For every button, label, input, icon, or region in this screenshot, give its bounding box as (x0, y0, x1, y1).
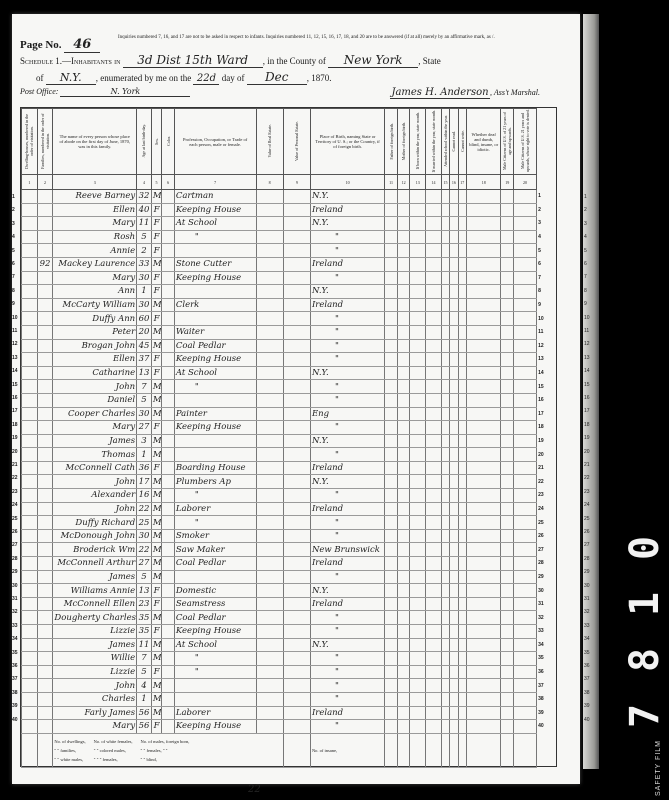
adjacent-line-number: 4 (584, 234, 587, 240)
cell-father-foreign (385, 393, 398, 407)
summary-label: No. of dwellings, (54, 737, 85, 746)
row-number: 10 (537, 312, 556, 326)
col-header-school: Attended school within the year. (441, 109, 449, 175)
cell-age: 5 (137, 393, 152, 407)
summary-label: " " white males, (54, 755, 85, 764)
cell-family (37, 543, 53, 557)
table-row: Reeve Barney32MCartmanN.Y.1 (22, 190, 556, 204)
cell-sex: F (151, 625, 161, 639)
cell-father-foreign (385, 257, 398, 271)
adjacent-line-number: 12 (584, 341, 590, 347)
left-line-number: 39 (12, 703, 18, 709)
cell-sex: M (151, 516, 161, 530)
table-body: Reeve Barney32MCartmanN.Y.1Ellen40FKeepi… (22, 190, 556, 734)
cell-born-in-year (410, 298, 426, 312)
cell-color (162, 203, 175, 217)
cell-sex: M (151, 652, 161, 666)
cell-family (37, 461, 53, 475)
cell-name: Ann (53, 285, 137, 299)
cell-dwelling (22, 625, 38, 639)
left-line-number: 20 (12, 449, 18, 455)
cell-cannot-read (450, 407, 458, 421)
cell-name: James (53, 638, 137, 652)
summary-label: " " families, (54, 746, 85, 755)
cell-school (441, 217, 449, 231)
cell-infirmity (466, 557, 501, 571)
cell-color (162, 502, 175, 516)
cell-birthplace: " (310, 393, 384, 407)
cell-age: 22 (137, 543, 152, 557)
cell-birthplace: " (310, 353, 384, 367)
cell-occupation: Keeping House (174, 353, 256, 367)
cell-vote-denied (514, 244, 537, 258)
cell-color (162, 407, 175, 421)
cell-cannot-write (458, 516, 466, 530)
cell-occupation: Coal Pedlar (174, 611, 256, 625)
cell-birthplace: N.Y. (310, 475, 384, 489)
cell-born-in-year (410, 366, 426, 380)
cell-citizens (501, 461, 514, 475)
col-header-birthplace: Place of Birth, naming State or Territor… (310, 109, 384, 175)
cell-color (162, 434, 175, 448)
cell-sex: F (151, 366, 161, 380)
cell-born-in-year (410, 720, 426, 734)
cell-family (37, 570, 53, 584)
cell-age: 40 (137, 203, 152, 217)
cell-real-estate (256, 434, 283, 448)
instructions-note: Inquiries numbered 7, 16, and 17 are not… (118, 35, 558, 41)
cell-born-in-year (410, 203, 426, 217)
cell-born-in-year (410, 611, 426, 625)
cell-cannot-read (450, 380, 458, 394)
left-line-number: 17 (12, 408, 18, 414)
cell-cannot-read (450, 298, 458, 312)
cell-age: 11 (137, 638, 152, 652)
cell-cannot-write (458, 230, 466, 244)
cell-color (162, 448, 175, 462)
cell-real-estate (256, 584, 283, 598)
left-line-number: 26 (12, 529, 18, 535)
cell-real-estate (256, 421, 283, 435)
row-number: 23 (537, 489, 556, 503)
table-row: Peter20MWaiter"11 (22, 325, 556, 339)
table-summary: No. of dwellings, " " families, " " whit… (22, 733, 556, 767)
adjacent-line-number: 36 (584, 663, 590, 669)
cell-dwelling (22, 543, 38, 557)
row-number: 34 (537, 638, 556, 652)
col-number: 17 (458, 175, 466, 190)
cell-dwelling (22, 570, 38, 584)
cell-born-in-year (410, 190, 426, 204)
cell-personal-estate (283, 665, 310, 679)
cell-age: 13 (137, 584, 152, 598)
cell-vote-denied (514, 625, 537, 639)
cell-cannot-write (458, 353, 466, 367)
cell-school (441, 665, 449, 679)
cell-birthplace: Ireland (310, 597, 384, 611)
cell-occupation: Domestic (174, 584, 256, 598)
left-line-number: 40 (12, 717, 18, 723)
cell-sex: F (151, 665, 161, 679)
cell-sex: M (151, 393, 161, 407)
cell-sex: M (151, 339, 161, 353)
cell-father-foreign (385, 339, 398, 353)
cell-mother-foreign (397, 557, 410, 571)
row-number: 4 (537, 230, 556, 244)
cell-color (162, 706, 175, 720)
cell-dwelling (22, 638, 38, 652)
census-table: Dwelling-houses, numbered in the order o… (21, 108, 556, 768)
cell-born-in-year (410, 325, 426, 339)
cell-born-in-year (410, 257, 426, 271)
cell-school (441, 584, 449, 598)
row-number: 16 (537, 393, 556, 407)
cell-citizens (501, 366, 514, 380)
cell-infirmity (466, 584, 501, 598)
cell-personal-estate (283, 325, 310, 339)
table-row: Duffy Richard25M""25 (22, 516, 556, 530)
cell-real-estate (256, 557, 283, 571)
cell-birthplace: " (310, 570, 384, 584)
col-number: 12 (397, 175, 410, 190)
cell-dwelling (22, 557, 38, 571)
row-number: 25 (537, 516, 556, 530)
cell-birthplace: " (310, 489, 384, 503)
cell-dwelling (22, 257, 38, 271)
cell-cannot-read (450, 217, 458, 231)
cell-family (37, 407, 53, 421)
film-digit: 0 (617, 525, 669, 571)
row-number: 11 (537, 325, 556, 339)
cell-occupation: " (174, 489, 256, 503)
col-header-citizens: Male Citizens of U.S. of 21 years of age… (501, 109, 514, 175)
cell-real-estate (256, 706, 283, 720)
post-office-line: Post Office: N. York (20, 87, 190, 97)
cell-real-estate (256, 638, 283, 652)
cell-cannot-read (450, 706, 458, 720)
col-number: 7 (174, 175, 256, 190)
cell-real-estate (256, 393, 283, 407)
cell-name: Lizzie (53, 625, 137, 639)
left-line-number: 34 (12, 636, 18, 642)
cell-school (441, 325, 449, 339)
cell-vote-denied (514, 217, 537, 231)
cell-sex: M (151, 298, 161, 312)
cell-sex: F (151, 461, 161, 475)
cell-sex: M (151, 434, 161, 448)
table-row: Daniel5M"16 (22, 393, 556, 407)
cell-cannot-write (458, 271, 466, 285)
cell-family (37, 353, 53, 367)
cell-infirmity (466, 720, 501, 734)
cell-color (162, 366, 175, 380)
cell-name: Duffy Ann (53, 312, 137, 326)
cell-age: 37 (137, 353, 152, 367)
cell-dwelling (22, 421, 38, 435)
cell-personal-estate (283, 625, 310, 639)
cell-citizens (501, 353, 514, 367)
cell-married-in-year (426, 461, 442, 475)
cell-cannot-read (450, 461, 458, 475)
cell-born-in-year (410, 421, 426, 435)
cell-born-in-year (410, 529, 426, 543)
cell-vote-denied (514, 312, 537, 326)
table-row: Williams Annie13FDomesticN.Y.30 (22, 584, 556, 598)
table-row: Farly James56MLaborerIreland39 (22, 706, 556, 720)
cell-age: 30 (137, 298, 152, 312)
cell-occupation: " (174, 516, 256, 530)
cell-citizens (501, 407, 514, 421)
col-number: 14 (426, 175, 442, 190)
cell-married-in-year (426, 584, 442, 598)
film-digit: 1 (617, 581, 669, 627)
cell-color (162, 516, 175, 530)
cell-dwelling (22, 489, 38, 503)
row-number: 32 (537, 611, 556, 625)
cell-real-estate (256, 203, 283, 217)
cell-father-foreign (385, 244, 398, 258)
col-header-occupation: Profession, Occupation, or Trade of each… (174, 109, 256, 175)
cell-name: Peter (53, 325, 137, 339)
cell-mother-foreign (397, 271, 410, 285)
cell-personal-estate (283, 230, 310, 244)
cell-color (162, 339, 175, 353)
cell-family (37, 489, 53, 503)
cell-citizens (501, 625, 514, 639)
cell-age: 5 (137, 230, 152, 244)
cell-mother-foreign (397, 190, 410, 204)
cell-father-foreign (385, 298, 398, 312)
cell-dwelling (22, 529, 38, 543)
cell-family (37, 557, 53, 571)
cell-real-estate (256, 380, 283, 394)
cell-birthplace: " (310, 380, 384, 394)
left-line-number: 10 (12, 315, 18, 321)
left-line-number: 11 (12, 328, 17, 334)
adjacent-line-number: 14 (584, 368, 590, 374)
cell-infirmity (466, 543, 501, 557)
cell-married-in-year (426, 529, 442, 543)
enumerated-label: , enumerated by me on the (96, 73, 191, 83)
cell-married-in-year (426, 665, 442, 679)
row-number: 3 (537, 217, 556, 231)
cell-occupation: Seamstress (174, 597, 256, 611)
cell-sex: M (151, 475, 161, 489)
cell-infirmity (466, 339, 501, 353)
cell-school (441, 679, 449, 693)
cell-family (37, 434, 53, 448)
cell-mother-foreign (397, 380, 410, 394)
cell-infirmity (466, 679, 501, 693)
cell-cannot-read (450, 529, 458, 543)
cell-mother-foreign (397, 489, 410, 503)
cell-citizens (501, 190, 514, 204)
cell-age: 5 (137, 570, 152, 584)
cell-sex: F (151, 421, 161, 435)
cell-real-estate (256, 339, 283, 353)
cell-school (441, 421, 449, 435)
cell-dwelling (22, 230, 38, 244)
state-label: , State (418, 56, 441, 66)
cell-cannot-write (458, 570, 466, 584)
cell-father-foreign (385, 230, 398, 244)
cell-cannot-write (458, 679, 466, 693)
cell-color (162, 271, 175, 285)
cell-infirmity (466, 638, 501, 652)
col-header-age: Age at last birth-day. (137, 109, 152, 175)
cell-born-in-year (410, 353, 426, 367)
table-row: John4M"37 (22, 679, 556, 693)
cell-cannot-read (450, 557, 458, 571)
cell-sex: F (151, 203, 161, 217)
row-number: 18 (537, 421, 556, 435)
cell-infirmity (466, 461, 501, 475)
cell-name: Duffy Richard (53, 516, 137, 530)
cell-family (37, 638, 53, 652)
county-label: , in the County of (263, 56, 326, 66)
cell-cannot-write (458, 217, 466, 231)
cell-personal-estate (283, 706, 310, 720)
cell-cannot-write (458, 584, 466, 598)
cell-family (37, 393, 53, 407)
table-row: Willie7M""35 (22, 652, 556, 666)
cell-real-estate (256, 529, 283, 543)
of-label: of (36, 73, 44, 83)
col-number: 2 (37, 175, 53, 190)
cell-occupation: Waiter (174, 325, 256, 339)
cell-school (441, 271, 449, 285)
year-value: , 1870. (307, 73, 332, 83)
cell-born-in-year (410, 244, 426, 258)
cell-family (37, 312, 53, 326)
adjacent-page-edge: 1234567891011121314151617181920212223242… (583, 14, 599, 769)
cell-school (441, 298, 449, 312)
cell-family (37, 271, 53, 285)
row-number-margin (537, 109, 556, 175)
cell-infirmity (466, 611, 501, 625)
cell-name: John (53, 475, 137, 489)
cell-cannot-write (458, 366, 466, 380)
cell-married-in-year (426, 380, 442, 394)
cell-cannot-write (458, 448, 466, 462)
adjacent-line-number: 6 (584, 261, 587, 267)
cell-name: Lizzie (53, 665, 137, 679)
cell-name: Reeve Barney (53, 190, 137, 204)
cell-citizens (501, 244, 514, 258)
cell-vote-denied (514, 652, 537, 666)
page-number: Page No. 46 (20, 37, 100, 53)
cell-mother-foreign (397, 625, 410, 639)
cell-father-foreign (385, 557, 398, 571)
cell-married-in-year (426, 570, 442, 584)
col-number: 13 (410, 175, 426, 190)
cell-mother-foreign (397, 217, 410, 231)
cell-mother-foreign (397, 257, 410, 271)
cell-birthplace: " (310, 516, 384, 530)
cell-color (162, 230, 175, 244)
left-line-number: 9 (12, 301, 15, 307)
row-number: 36 (537, 665, 556, 679)
cell-family (37, 665, 53, 679)
row-number: 38 (537, 692, 556, 706)
cell-occupation: Coal Pedlar (174, 339, 256, 353)
cell-family (37, 298, 53, 312)
page-label: Page No. (20, 39, 62, 51)
cell-occupation: " (174, 665, 256, 679)
left-line-number: 18 (12, 422, 18, 428)
cell-citizens (501, 285, 514, 299)
cell-born-in-year (410, 448, 426, 462)
col-header-mother-foreign: Mother of foreign birth. (397, 109, 410, 175)
cell-age: 1 (137, 285, 152, 299)
cell-citizens (501, 257, 514, 271)
table-row: Ellen40FKeeping HouseIreland2 (22, 203, 556, 217)
left-line-number: 24 (12, 502, 18, 508)
cell-vote-denied (514, 570, 537, 584)
cell-vote-denied (514, 706, 537, 720)
table-row: Dougherty Charles35MCoal Pedlar"32 (22, 611, 556, 625)
cell-vote-denied (514, 597, 537, 611)
cell-sex: M (151, 502, 161, 516)
cell-dwelling (22, 366, 38, 380)
month-value: Dec (247, 70, 307, 85)
cell-cannot-read (450, 434, 458, 448)
cell-personal-estate (283, 393, 310, 407)
schedule-line: Schedule 1.—Inhabitants in 3d Dist 15th … (20, 53, 441, 68)
cell-cannot-write (458, 339, 466, 353)
cell-occupation: Stone Cutter (174, 257, 256, 271)
cell-infirmity (466, 692, 501, 706)
cell-married-in-year (426, 625, 442, 639)
cell-vote-denied (514, 190, 537, 204)
cell-personal-estate (283, 720, 310, 734)
cell-cannot-write (458, 244, 466, 258)
left-line-number: 8 (12, 288, 15, 294)
cell-born-in-year (410, 461, 426, 475)
cell-married-in-year (426, 597, 442, 611)
cell-age: 35 (137, 611, 152, 625)
cell-born-in-year (410, 516, 426, 530)
left-line-number: 6 (12, 261, 15, 267)
cell-birthplace: N.Y. (310, 217, 384, 231)
row-number: 6 (537, 257, 556, 271)
cell-color (162, 244, 175, 258)
table-row: Brogan John45MCoal Pedlar"12 (22, 339, 556, 353)
cell-age: 20 (137, 325, 152, 339)
left-line-number: 27 (12, 542, 18, 548)
cell-birthplace: Ireland (310, 461, 384, 475)
footer-handwritten-number: 22 (248, 784, 261, 795)
cell-dwelling (22, 597, 38, 611)
cell-family (37, 244, 53, 258)
cell-married-in-year (426, 217, 442, 231)
cell-age: 60 (137, 312, 152, 326)
cell-occupation (174, 692, 256, 706)
cell-married-in-year (426, 298, 442, 312)
adjacent-line-number: 32 (584, 609, 590, 615)
cell-name: Dougherty Charles (53, 611, 137, 625)
cell-color (162, 353, 175, 367)
cell-cannot-read (450, 421, 458, 435)
cell-born-in-year (410, 489, 426, 503)
cell-father-foreign (385, 353, 398, 367)
adjacent-line-number: 2 (584, 207, 587, 213)
cell-school (441, 407, 449, 421)
left-line-number: 5 (12, 248, 15, 254)
cell-married-in-year (426, 706, 442, 720)
cell-born-in-year (410, 679, 426, 693)
cell-married-in-year (426, 407, 442, 421)
